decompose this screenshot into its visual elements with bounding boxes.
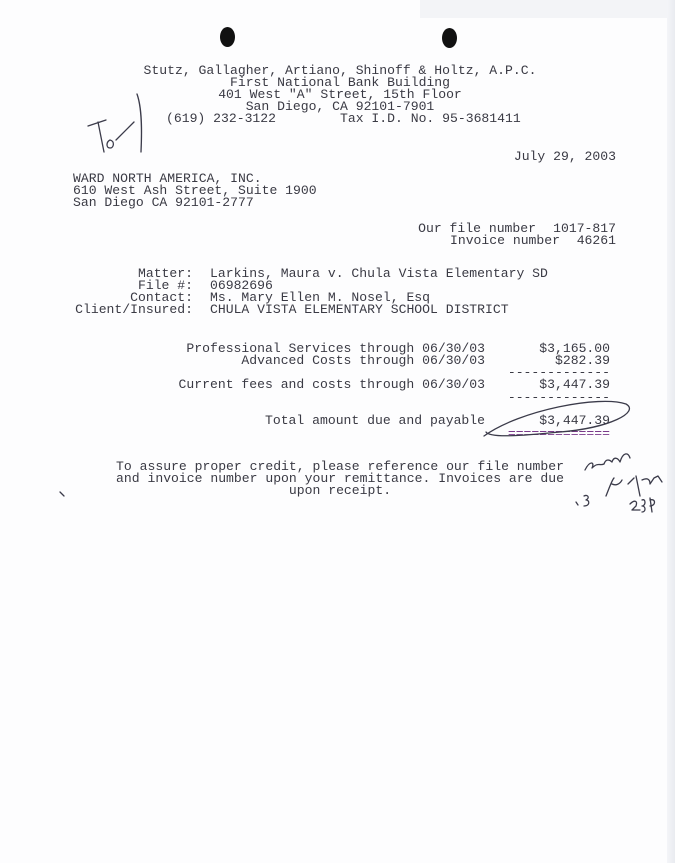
pen-marks-icon xyxy=(0,0,675,863)
